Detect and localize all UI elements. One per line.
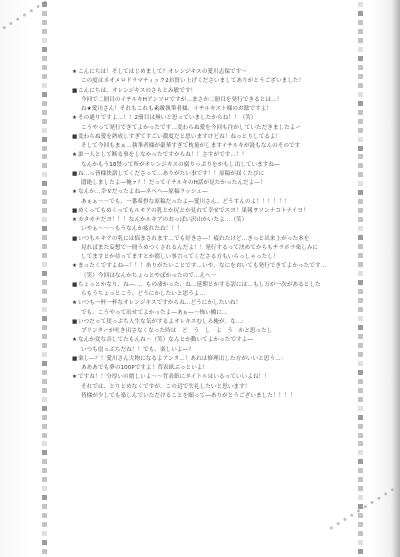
text-line: ★誰一人として断る事をしなかったですからね！！さすがです…！！: [72, 151, 362, 160]
border-dot: [42, 154, 47, 159]
text-line-content: （笑）今回はなんかちょっとやばかったので…えへ～: [81, 273, 216, 279]
text-line-content: 見ればまた妄想で一冊うめつくされるんだよ！！発行するって決めてからもチラホラ楽し…: [81, 245, 318, 251]
text-line-content: 誰一人として断る事をしなかったですからね！！さすがです…！！: [78, 152, 247, 158]
border-dot: [358, 441, 363, 446]
border-dot: [42, 56, 47, 61]
text-line-content: ちょっとかなり、ね―…、もの凄かった、ね…延期とかする訳には…もし万が一次がある…: [78, 282, 321, 288]
text-line-content: いつだって崖っぷち人生な気がするよオレキスむしろ俺が。な…：: [78, 319, 247, 325]
border-dot: [42, 208, 47, 213]
text-line: ■いつだって崖っぷち人生な気がするよオレキスむしろ俺が。な…：: [72, 318, 362, 327]
text-line: でも、こうやって出せてよかったよ―あぁ―～怖い橋に…: [72, 309, 362, 318]
border-dot: [42, 495, 47, 500]
border-dot: [42, 101, 47, 106]
border-dot: [358, 56, 363, 61]
text-line-content: らもうちょっとこう、どうにかしたいと思うよ…: [81, 291, 205, 297]
border-dot: [42, 280, 47, 285]
border-dot: [42, 181, 47, 186]
border-dot: [42, 74, 47, 79]
text-line-content: なんか…幸せだったよね―ネヘヘ―原稿ラッシュ―: [78, 189, 208, 195]
binding-shadow: [392, 0, 400, 557]
border-dot: [42, 38, 47, 43]
text-line: ★なんか変な音してたもんね～（笑）なんとか動いてよかったですよ―: [72, 336, 362, 345]
border-dot: [42, 146, 47, 151]
text-line: プリンターが吐き出さなくなった時は ど う し よ う かと思ったし: [72, 327, 362, 336]
border-dot: [42, 271, 47, 276]
scanned-page: ★こんにちは！そしてはじめまして？オレンジキスの愛川志保です～この度はネオメロド…: [0, 0, 400, 557]
border-dot: [42, 316, 47, 321]
border-dot: [358, 495, 363, 500]
border-dot: [42, 549, 47, 554]
text-line: あああでも夢の100Pですよ！背表紙ぶっといよ！: [72, 364, 362, 373]
text-line: ■ね…っ皆様快諾してくださって…ありがたい事です！！原稿が届くたびに: [72, 170, 362, 179]
border-dot: [358, 540, 363, 545]
border-dot: [358, 459, 363, 464]
border-dot: [358, 450, 363, 455]
border-dot: [358, 424, 363, 429]
border-dot: [358, 513, 363, 518]
border-dot: [42, 244, 47, 249]
border-dot: [42, 110, 47, 115]
border-dot: [358, 504, 363, 509]
border-dot: [42, 2, 47, 7]
text-line: ね★愛川さん！それもこれも素敵執筆者様、イチルキスト様のお陰ですよ！: [72, 105, 362, 114]
text-line-content: プリンターが吐き出さなくなった時は ど う し よ う かと思ったし: [81, 328, 272, 334]
border-dot: [358, 20, 363, 25]
border-dot: [42, 235, 47, 240]
border-dot: [42, 379, 47, 384]
border-dot: [42, 92, 47, 97]
text-line-content: あぁぁ～～でも、一番希摂な原稿だったよ―愛川さん、どうすんのよ！！！！！！: [81, 199, 290, 205]
border-dot: [42, 486, 47, 491]
border-dot: [42, 119, 47, 124]
border-dot: [42, 334, 47, 339]
decorative-border-left: [42, 0, 48, 557]
border-dot: [358, 522, 363, 527]
border-dot: [42, 47, 47, 52]
text-line-content: カタカナだヨ！！！なんかルキアのおっぱい沢山かいたよ…（笑）: [78, 217, 247, 223]
text-line-content: なんか変な音してたもんね～（笑）なんとか動いてよかったですよ―: [78, 337, 253, 343]
text-line-content: この度はネオメロドラマティック2お買い上げくださいましてありがとうございました！: [81, 78, 304, 84]
border-dot: [42, 468, 47, 473]
border-dot: [42, 20, 47, 25]
text-line-content: 今回で二冊目のイチルキHアンソロですが…まさか二冊目を発行できるとは…！: [81, 97, 282, 103]
border-dot: [42, 307, 47, 312]
text-line: 悶絶しましたよ―俺ァ？！だってイチルキのH話が見たかったんだよ―！: [72, 179, 362, 188]
text-line: 皆様が少しでも楽しんでいただけることを願って―ありがとうございました！！！！: [72, 392, 362, 401]
border-dot: [358, 477, 363, 482]
text-line: ★まったくですよね―！！！ありがたいことです…いや、なにをおいても発行できてよか…: [72, 262, 362, 271]
border-dot: [358, 531, 363, 536]
text-line: なんかもう18禁って所がオレンジキスの腐りっぷりをかもし出していますね―: [72, 161, 362, 170]
border-dot: [42, 361, 47, 366]
text-line: 見ればまた妄想で一冊うめつくされるんだよ！！発行するって決めてからもチラホラ楽し…: [72, 244, 362, 253]
text-line: あぁぁ～～でも、一番希摂な原稿だったよ―愛川さん、どうすんのよ！！！！！！: [72, 198, 362, 207]
text-line: ★こんにちは！そしてはじめまして？オレンジキスの愛川志保です～: [72, 68, 362, 77]
text-line-content: めくってもめくってもルキアの乳とか尻とか見れて幸せでスヨ！果報ヲソンナコトナイヨ…: [78, 208, 309, 214]
text-line: ★ですね！！分厚いの嬉しいよ～～背表紙にタイトルはいるっていいよね！！: [72, 373, 362, 382]
text-line-content: こんにちは！そしてはじめまして？オレンジキスの愛川志保です～: [78, 69, 247, 75]
text-line-content: こうやって発行できてよかったです…変わらぬ愛を今回も注がしていただきましたよー: [81, 125, 301, 131]
border-dot: [42, 531, 47, 536]
border-dot: [42, 262, 47, 267]
text-line-content: してますとか待ってますとか嬉しい事言ってくださる方もいらっしゃったし！: [81, 254, 279, 260]
text-line: それでは、とりとめなくですが、この辺で失礼したいと思います！: [72, 383, 362, 392]
border-dot: [42, 253, 47, 258]
text-line: らもうちょっとこう、どうにかしたいと思うよ…: [72, 290, 362, 299]
border-dot: [358, 415, 363, 420]
text-line: ★カタカナだヨ！！！なんかルキアのおっぱい沢山かいたよ…（笑）: [72, 216, 362, 225]
border-dot: [42, 11, 47, 16]
border-dot: [42, 172, 47, 177]
text-line: いつも崖っぷちだね！！でも、楽しいよ―？: [72, 346, 362, 355]
border-dot: [42, 504, 47, 509]
border-dot: [42, 450, 47, 455]
border-dot: [42, 128, 47, 133]
border-dot: [358, 549, 363, 554]
border-dot: [42, 513, 47, 518]
border-dot: [42, 163, 47, 168]
text-line-content: 楽し―？！愛川さん大物になるよアンタ…！あれは修理出した方がいいと思う…：: [78, 356, 286, 362]
text-line-content: いつも一杯一杯なオレンジキスですからね…どうにかしたいね！: [78, 300, 241, 306]
border-dot: [42, 298, 47, 303]
text-line: ★その通りですよ…！！2冊目は無いと思っていましたからね！！（笑）: [72, 114, 362, 123]
border-dot: [42, 199, 47, 204]
text-line-content: まったくですよね―！！！ありがたいことです…いや、なにをおいても発行できてよかっ…: [78, 263, 326, 269]
border-dot: [358, 468, 363, 473]
border-dot: [358, 11, 363, 16]
text-line-content: こんにちは、オレンジキスのさらとみ敏です！: [78, 88, 196, 94]
text-line: ■こんにちは、オレンジキスのさらとみ敏です！: [72, 87, 362, 96]
text-line: ■いつもルキアの乳には悩まされます…でも好きさ―！疲れたけど…きっと出来上がった…: [72, 235, 362, 244]
border-dot: [358, 38, 363, 43]
border-dot: [358, 2, 363, 7]
text-line: ■楽し―？！愛川さん大物になるよアンタ…！あれは修理出した方がいいと思う…：: [72, 355, 362, 364]
border-dot: [358, 47, 363, 52]
text-line-content: 悶絶しましたよ―俺ァ？！だってイチルキのH話が見たかったんだよ―！: [81, 180, 266, 186]
text-line-content: ね…っ皆様快諾してくださって…ありがたい事です！！原稿が届くたびに: [78, 171, 264, 177]
border-dot: [42, 352, 47, 357]
text-line-content: いつもルキアの乳には悩まされます…でも好きさ―！疲れたけど…きっと出来上がった本…: [78, 236, 309, 242]
text-line-content: それでは、とりとめなくですが、この辺で失礼したいと思います！: [81, 384, 250, 390]
text-line-content: そして今回もまぁ…執筆者様が豪華すぎて枕量がしますイチルキが汲もなんのそのです: [81, 143, 300, 149]
border-dot: [42, 433, 47, 438]
text-line-content: 変わらぬ愛を熟成しすぎてすごい濃度だと思いますけどね！ねっとりしてるよ！: [78, 134, 281, 140]
border-dot: [42, 522, 47, 527]
text-line: そして今回もまぁ…執筆者様が豪華すぎて枕量がしますイチルキが汲もなんのそのです: [72, 142, 362, 151]
border-dot: [42, 65, 47, 70]
border-dot: [42, 226, 47, 231]
border-dot: [358, 406, 363, 411]
text-line-content: なんかもう18禁って所がオレンジキスの腐りっぷりをかもし出していますね―: [81, 162, 280, 168]
border-dot: [358, 29, 363, 34]
border-dot: [42, 83, 47, 88]
border-dot: [42, 388, 47, 393]
text-line: こうやって発行できてよかったです…変わらぬ愛を今回も注がしていただきましたよー: [72, 124, 362, 133]
text-line: ★いつも一杯一杯なオレンジキスですからね…どうにかしたいね！: [72, 299, 362, 308]
border-dot: [42, 540, 47, 545]
text-line: この度はネオメロドラマティック2お買い上げくださいましてありがとうございました！: [72, 77, 362, 86]
border-dot: [42, 289, 47, 294]
text-line: ★なんか…幸せだったよね―ネヘヘ―原稿ラッシュ―: [72, 188, 362, 197]
border-dot: [42, 343, 47, 348]
text-line-content: いつも崖っぷちだね！！でも、楽しいよ―？: [81, 347, 194, 353]
text-line: ■変わらぬ愛を熟成しすぎてすごい濃度だと思いますけどね！ねっとりしてるよ！: [72, 133, 362, 142]
text-line: いやぁ～～～もうなんか疲れたね！！！: [72, 225, 362, 234]
text-line-content: でも、こうやって出せてよかったよ―あぁ―～怖い橋に…: [81, 310, 228, 316]
border-dot: [42, 424, 47, 429]
border-dot: [42, 406, 47, 411]
decorative-dotted-diagonal-top: [0, 0, 66, 36]
text-line-content: その通りですよ…！！2冊目は無いと思っていましたからね！！（笑）: [78, 115, 257, 121]
text-line-content: ですね！！分厚いの嬉しいよ～～背表紙にタイトルはいるっていいよね！！: [78, 374, 270, 380]
border-dot: [42, 190, 47, 195]
border-dot: [42, 477, 47, 482]
border-dot: [42, 441, 47, 446]
border-dot: [358, 433, 363, 438]
border-dot: [42, 29, 47, 34]
text-line-content: いやぁ～～～もうなんか疲れたね！！！: [81, 226, 183, 232]
text-line: （笑）今回はなんかちょっとやばかったので…えへ～: [72, 272, 362, 281]
border-dot: [42, 459, 47, 464]
text-line-content: あああでも夢の100Pですよ！背表紙ぶっといよ！: [81, 365, 208, 371]
border-dot: [358, 486, 363, 491]
border-dot: [42, 370, 47, 375]
border-dot: [42, 325, 47, 330]
border-dot: [42, 137, 47, 142]
text-line-content: 皆様が少しでも楽しんでいただけることを願って―ありがとうございました！！！！: [81, 393, 295, 399]
border-dot: [42, 415, 47, 420]
border-dot: [42, 397, 47, 402]
border-dot: [42, 217, 47, 222]
text-line: してますとか待ってますとか嬉しい事言ってくださる方もいらっしゃったし！: [72, 253, 362, 262]
text-line: ■ちょっとかなり、ね―…、もの凄かった、ね…延期とかする訳には…もし万が一次があ…: [72, 281, 362, 290]
text-line: ■めくってもめくってもルキアの乳とか尻とか見れて幸せでスヨ！果報ヲソンナコトナイ…: [72, 207, 362, 216]
text-line-content: ね★愛川さん！それもこれも素敵執筆者様、イチルキスト様のお陰ですよ！: [81, 106, 272, 112]
afterword-text: ★こんにちは！そしてはじめまして？オレンジキスの愛川志保です～この度はネオメロド…: [72, 68, 362, 401]
text-line: 今回で二冊目のイチルキHアンソロですが…まさか二冊目を発行できるとは…！: [72, 96, 362, 105]
